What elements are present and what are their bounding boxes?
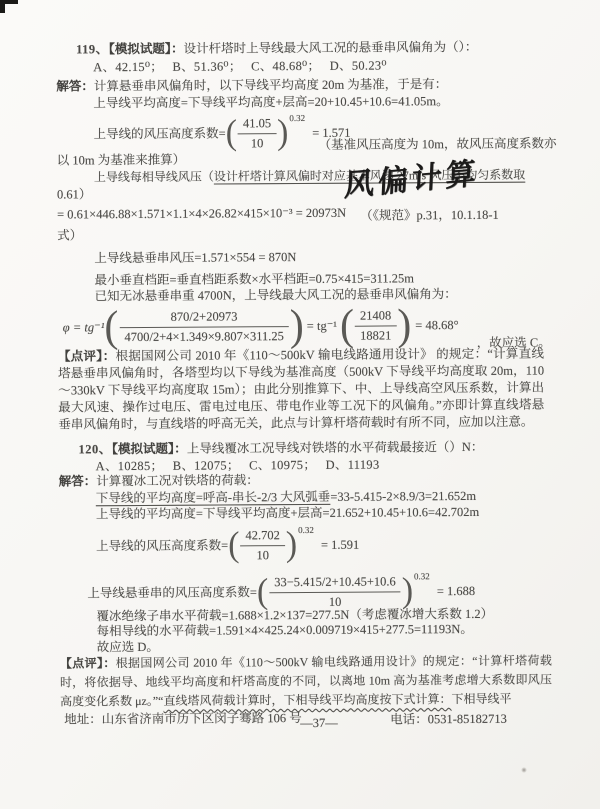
lower-line-rest: =33-5.415-2×8.9/3=21.652m — [330, 489, 476, 504]
fraction: 41.05 10 — [238, 115, 276, 152]
question-text: 上导线覆冰工况导线对铁塔的水平荷载最接近（）N： — [187, 440, 484, 456]
answer-120-intro: 解答：计算覆冰工况对铁塔的荷载： — [59, 472, 259, 490]
footer-phone: 电话：0531-85182713 — [390, 711, 507, 729]
hand-wavy-underlined-text: 直线塔风荷载计算时，下相导线平均高度按下式计算： — [163, 692, 451, 708]
fraction: 21408 18821 — [355, 307, 396, 344]
footer-address: 地址：山东省济南市历下区闵子骞路 106 号 — [64, 710, 302, 728]
question-119-title: 119、【模拟试题】：设计杆塔时上导线最大风工况的悬垂串风偏角为（）： — [76, 39, 477, 58]
calc-result-line: = 0.61×446.88×1.571×1.1×4×26.82×415×10⁻³… — [57, 204, 499, 224]
left-paren — [226, 116, 238, 152]
question-120-title: 120、【模拟试题】：上导线覆冰工况导线对铁塔的水平荷载最接近（）N： — [78, 439, 483, 458]
wind-line-continuation: 0.61） — [57, 186, 91, 203]
question-text: 设计杆塔时上导线最大风工况的悬垂串风偏角为（）： — [184, 40, 478, 56]
phase-load-line: 每相导线的水平荷载=1.591×4×425.24×0.009719×415+27… — [97, 621, 473, 640]
formula-wind-pressure-coef-120: 上导线的风压高度系数= 42.702 10 0.32 = 1.591 — [96, 522, 359, 570]
upper-conductor-line: 上导线的平均高度=下导线平均高度+层高=21.652+10.45+10.6=42… — [96, 504, 479, 523]
answer-intro-text: 计算覆冰工况对铁塔的荷载： — [96, 473, 259, 488]
question-tag: 【模拟试题】： — [109, 42, 184, 56]
question-119-options: A、42.15⁰； B、51.36⁰； C、48.68⁰； D、50.23⁰ — [93, 57, 387, 76]
formula-note-1: （基准风压高度为 10m，故风压高度系数亦 — [319, 135, 557, 153]
formula-wind-pressure-coef-119: 上导线的风压高度系数= 41.05 10 0.32 = 1.571 — [93, 110, 350, 158]
fraction: 870/2+20973 4700/2+4×1.349×9.807×311.25 — [119, 308, 289, 346]
exponent: 0.32 — [414, 568, 430, 585]
phi-prefix: φ = tg⁻¹ — [63, 319, 105, 336]
exponent: 0.32 — [289, 109, 305, 126]
right-paren — [402, 573, 414, 609]
handwritten-annotation: 风偏计算 — [344, 165, 480, 195]
right-paren — [277, 115, 289, 151]
footer-page-number: —37— — [300, 715, 338, 732]
formula-result: = 48.68° — [415, 317, 458, 334]
fraction-numerator: 41.05 — [238, 115, 276, 133]
formula-note-2: 以 10m 为基准来推算） — [57, 152, 186, 170]
answer-label: 解答： — [56, 79, 94, 93]
formula-result: = 1.591 — [321, 536, 359, 553]
formula-prefix: 上导线的风压高度系数= — [96, 537, 228, 555]
fraction-denominator: 4700/2+4×1.349×9.807×311.25 — [119, 326, 288, 346]
right-paren — [290, 304, 304, 348]
hand-underlined-text: 下导线的平均高度=呼高-串长-2/3 大风弧垂 — [96, 490, 331, 505]
fraction-numerator: 21408 — [355, 307, 396, 325]
fraction: 33−5.415/2+10.45+10.6 10 — [269, 573, 401, 611]
comment-119: 【点评】：根据国网公司 2010 年《110～500kV 输电线路通用设计》 的… — [58, 346, 545, 434]
comment-text: 根据国网公司 2010 年《110～500kV 输电线路通用设计》 的规定：“计… — [58, 347, 544, 432]
fraction-numerator: 870/2+20973 — [119, 308, 288, 327]
scan-corner-mark — [0, 0, 5, 13]
comment-text-tail: 下相导线平 — [451, 692, 511, 706]
fraction-denominator: 10 — [240, 545, 284, 564]
scanned-page: 119、【模拟试题】：设计杆塔时上导线最大风工况的悬垂串风偏角为（）： A、42… — [0, 0, 600, 809]
formula-prefix: 上导线的风压高度系数= — [94, 125, 226, 143]
left-paren — [228, 528, 240, 564]
hang-string-pressure-line: 上导线悬垂串风压=1.571×554 = 870N — [94, 249, 296, 267]
formula-result: = 1.688 — [437, 582, 475, 599]
question-number: 119、 — [76, 42, 109, 56]
left-paren — [104, 305, 118, 349]
formula-phi-119: φ = tg⁻¹ 870/2+20973 4700/2+4×1.349×9.80… — [63, 301, 551, 350]
comment-label: 【点评】： — [60, 656, 116, 670]
comment-120: 【点评】：根据国网公司 2010 年《110～500kV 输电线路通用设计》的规… — [60, 651, 552, 711]
comment-label: 【点评】： — [58, 349, 116, 363]
fraction-denominator: 10 — [238, 133, 276, 152]
answer-intro-text: 计算悬垂串风偏角时，以下导线平均高度 20m 为基准，于是有： — [94, 77, 448, 93]
calc-reference: （《规范》p.31，10.1.18-1 — [360, 207, 499, 225]
fraction-numerator: 33−5.415/2+10.45+10.6 — [269, 573, 401, 592]
fraction: 42.702 10 — [240, 527, 285, 564]
question-number: 120、 — [78, 442, 111, 456]
exponent: 0.32 — [298, 521, 314, 538]
wind-line-prefix: 上导线每相导线风压（ — [94, 170, 214, 185]
calc-reference-2: 式） — [57, 227, 82, 244]
fraction-numerator: 42.702 — [240, 527, 284, 545]
question-tag: 【模拟试题】： — [112, 442, 187, 456]
formula-prefix: 上导线悬垂串的风压高度系数= — [87, 584, 257, 602]
left-paren — [340, 304, 354, 348]
right-paren — [286, 527, 298, 563]
fraction-denominator: 18821 — [355, 325, 396, 344]
right-paren — [397, 303, 411, 347]
answer-label: 解答： — [59, 474, 97, 488]
calc-expression: = 0.61×446.88×1.571×1.1×4×26.82×415×10⁻³… — [57, 205, 346, 224]
left-paren — [257, 574, 269, 610]
page-content: 119、【模拟试题】：设计杆塔时上导线最大风工况的悬垂串风偏角为（）： A、42… — [56, 0, 553, 809]
phi-middle: = tg⁻¹ — [307, 317, 337, 334]
